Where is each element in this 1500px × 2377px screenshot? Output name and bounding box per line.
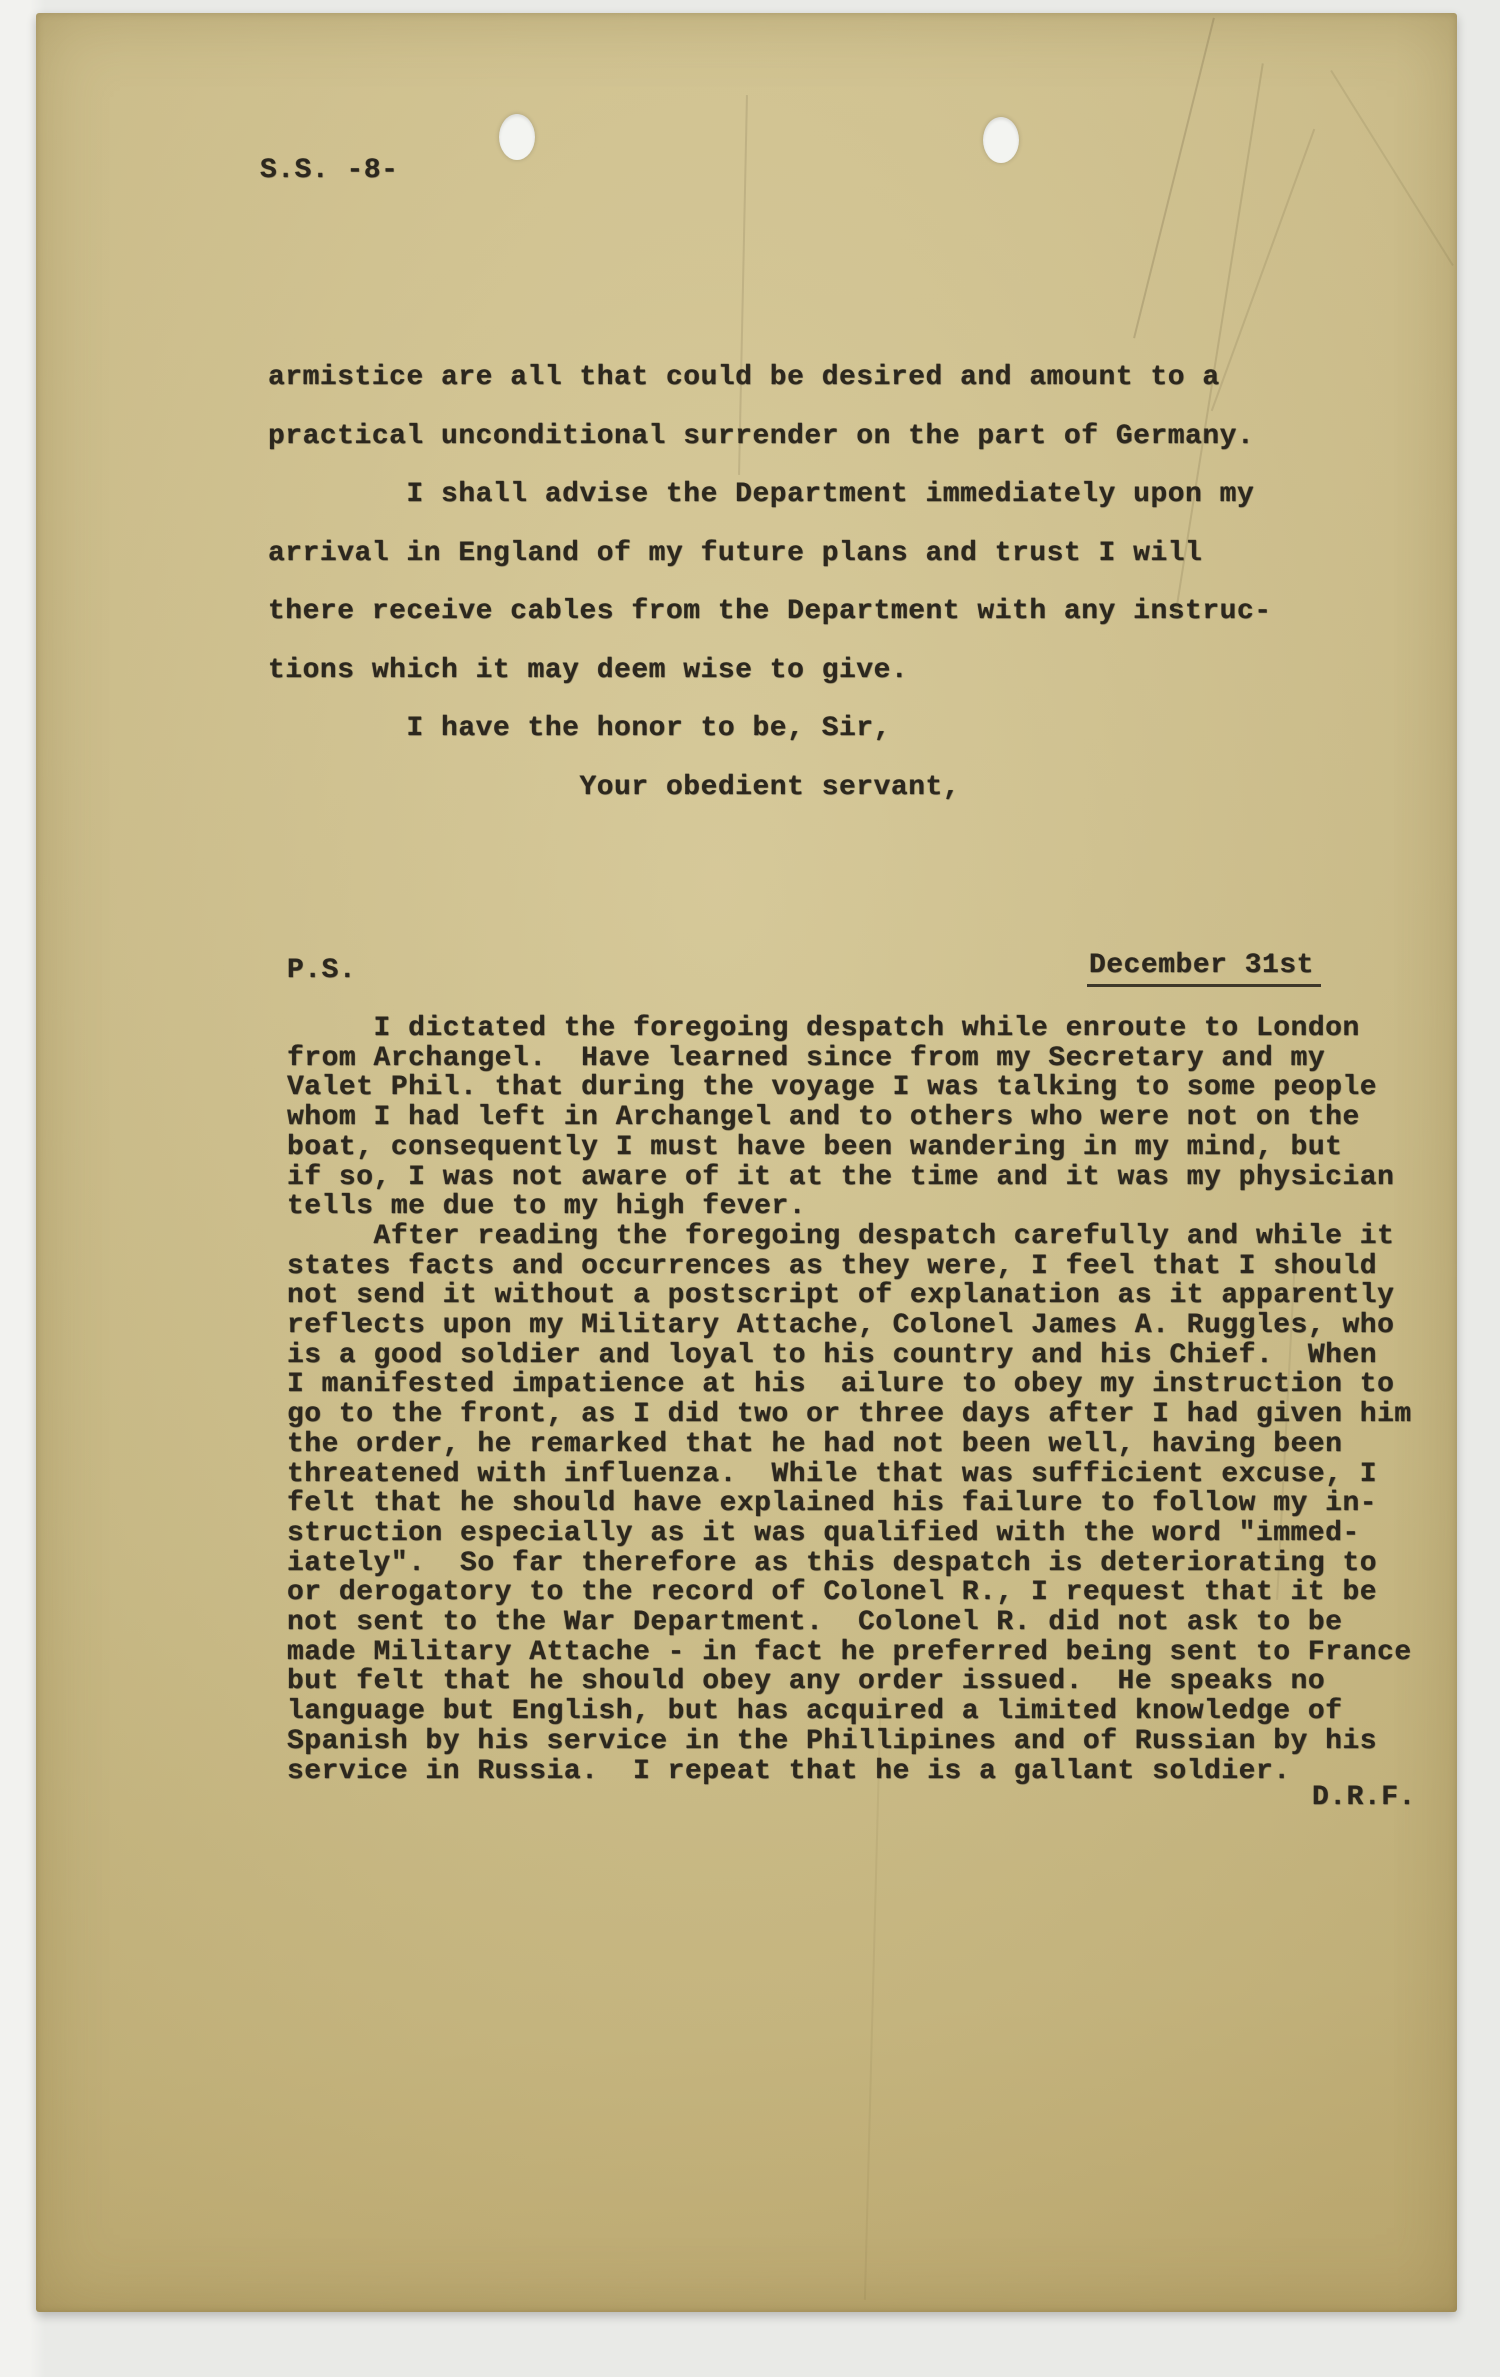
typed-line: armistice are all that could be desired … [268,349,1272,408]
typed-line: iately". So far therefore as this despat… [287,1549,1412,1579]
typed-line: from Archangel. Have learned since from … [287,1044,1412,1074]
postscript-date: December 31st [1089,950,1321,981]
page-number-heading: S.S. -8- [260,155,398,186]
typed-line: states facts and occurrences as they wer… [287,1252,1412,1282]
typed-line: not sent to the War Department. Colonel … [287,1608,1412,1638]
typed-line: threatened with influenza. While that wa… [287,1460,1412,1490]
typed-line: is a good soldier and loyal to his count… [287,1341,1412,1371]
typed-line: reflects upon my Military Attache, Colon… [287,1311,1412,1341]
typed-line: but felt that he should obey any order i… [287,1667,1412,1697]
typed-line: whom I had left in Archangel and to othe… [287,1103,1412,1133]
typed-line: After reading the foregoing despatch car… [287,1222,1412,1252]
typed-line: language but English, but has acquired a… [287,1697,1412,1727]
typed-line: the order, he remarked that he had not b… [287,1430,1412,1460]
postscript-body: I dictated the foregoing despatch while … [287,1014,1412,1786]
typed-line: made Military Attache - in fact he prefe… [287,1638,1412,1668]
scratch-mark [1133,18,1215,339]
document-paper: S.S. -8- armistice are all that could be… [36,13,1457,2312]
typed-line: I have the honor to be, Sir, [268,700,1272,759]
scratch-mark [1330,70,1454,266]
typed-line: Spanish by his service in the Phillipine… [287,1727,1412,1757]
typed-line: service in Russia. I repeat that he is a… [287,1757,1412,1787]
typed-line: go to the front, as I did two or three d… [287,1400,1412,1430]
typed-line: I manifested impatience at his ailure to… [287,1370,1412,1400]
typed-line: Valet Phil. that during the voyage I was… [287,1073,1412,1103]
typed-line: boat, consequently I must have been wand… [287,1133,1412,1163]
typed-line: there receive cables from the Department… [268,583,1272,642]
typed-line: I dictated the foregoing despatch while … [287,1014,1412,1044]
typed-line: practical unconditional surrender on the… [268,408,1272,467]
typed-line: tells me due to my high fever. [287,1192,1412,1222]
scanner-background: S.S. -8- armistice are all that could be… [0,0,1500,2377]
typed-line: felt that he should have explained his f… [287,1489,1412,1519]
typed-line: if so, I was not aware of it at the time… [287,1163,1412,1193]
postscript-label: P.S. [287,955,356,986]
typed-line: tions which it may deem wise to give. [268,642,1272,701]
typed-line: I shall advise the Department immediatel… [268,466,1272,525]
punch-hole-left [499,114,535,160]
punch-hole-right [983,117,1019,163]
typed-line: struction especially as it was qualified… [287,1519,1412,1549]
letter-body: armistice are all that could be desired … [268,349,1272,817]
typed-line: Your obedient servant, [268,759,1272,818]
typed-line: not send it without a postscript of expl… [287,1281,1412,1311]
typed-line: or derogatory to the record of Colonel R… [287,1578,1412,1608]
typed-line: arrival in England of my future plans an… [268,525,1272,584]
signature-initials: D.R.F. [1312,1782,1416,1813]
postscript-date-text: December 31st [1087,950,1321,987]
